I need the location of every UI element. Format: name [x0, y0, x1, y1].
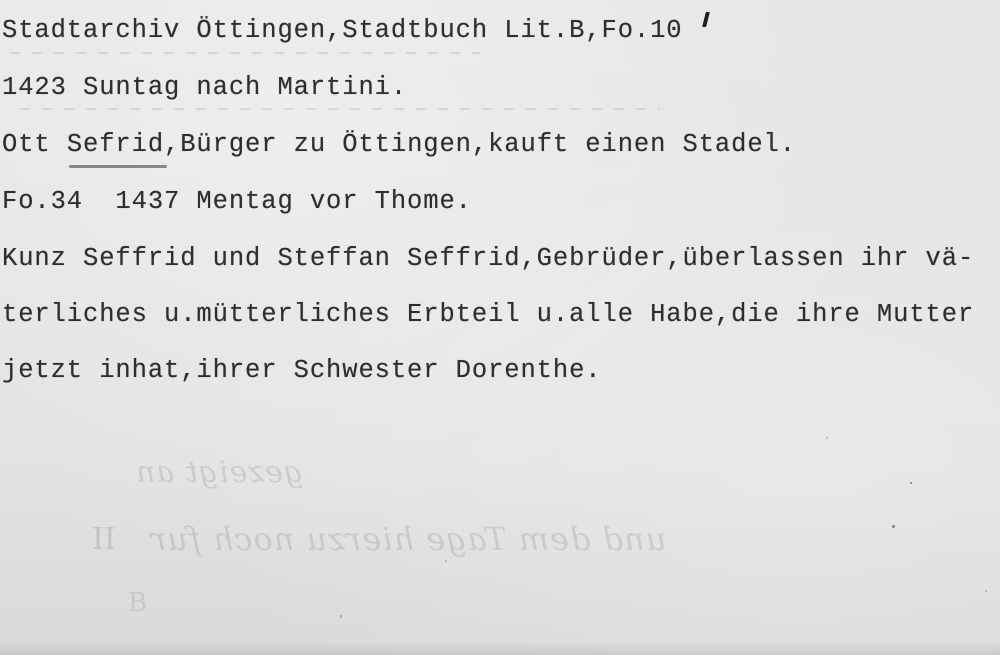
paper-speck — [826, 437, 828, 439]
entry-ott-sefrid: Ott Sefrid,Bürger zu Öttingen,kauft eine… — [2, 132, 796, 158]
bleed-through-handwriting: gezeigt an — [135, 455, 303, 490]
bleed-through-handwriting: und dem Tage hierzu noch fur — [150, 520, 666, 558]
paper-speck — [445, 560, 447, 562]
paper-speck — [985, 590, 987, 592]
underlined-surname: Sefrid — [67, 132, 164, 158]
entry-suffix: ,Bürger zu Öttingen,kauft einen Stadel. — [164, 130, 796, 159]
pencil-underline — [69, 165, 167, 168]
bleed-through-mark: B — [128, 588, 147, 618]
entry-kunz-steffan-line-1: Kunz Seffrid und Steffan Seffrid,Gebrüde… — [2, 246, 974, 272]
ghost-type-line — [10, 52, 480, 54]
paper-speck — [910, 482, 912, 484]
entry-kunz-steffan-line-3: jetzt inhat,ihrer Schwester Dorenthe. — [2, 358, 602, 384]
entry-kunz-steffan-line-2: terliches u.mütterliches Erbteil u.alle … — [2, 302, 974, 328]
bleed-through-roman-numeral: II — [92, 522, 116, 557]
surname-text: Sefrid — [67, 130, 164, 159]
ghost-type-line — [20, 108, 660, 110]
paper-speck — [340, 615, 342, 618]
handwritten-tick-mark — [702, 12, 710, 27]
paper-speck — [540, 140, 542, 142]
index-card: Stadtarchiv Öttingen,Stadtbuch Lit.B,Fo.… — [0, 0, 1000, 655]
entry-prefix: Ott — [2, 130, 67, 159]
paper-speck — [892, 525, 895, 528]
folio-date-line-1437: Fo.34 1437 Mentag vor Thome. — [2, 189, 472, 215]
date-line-1423: 1423 Suntag nach Martini. — [2, 75, 407, 101]
source-reference-line: Stadtarchiv Öttingen,Stadtbuch Lit.B,Fo.… — [2, 18, 683, 44]
